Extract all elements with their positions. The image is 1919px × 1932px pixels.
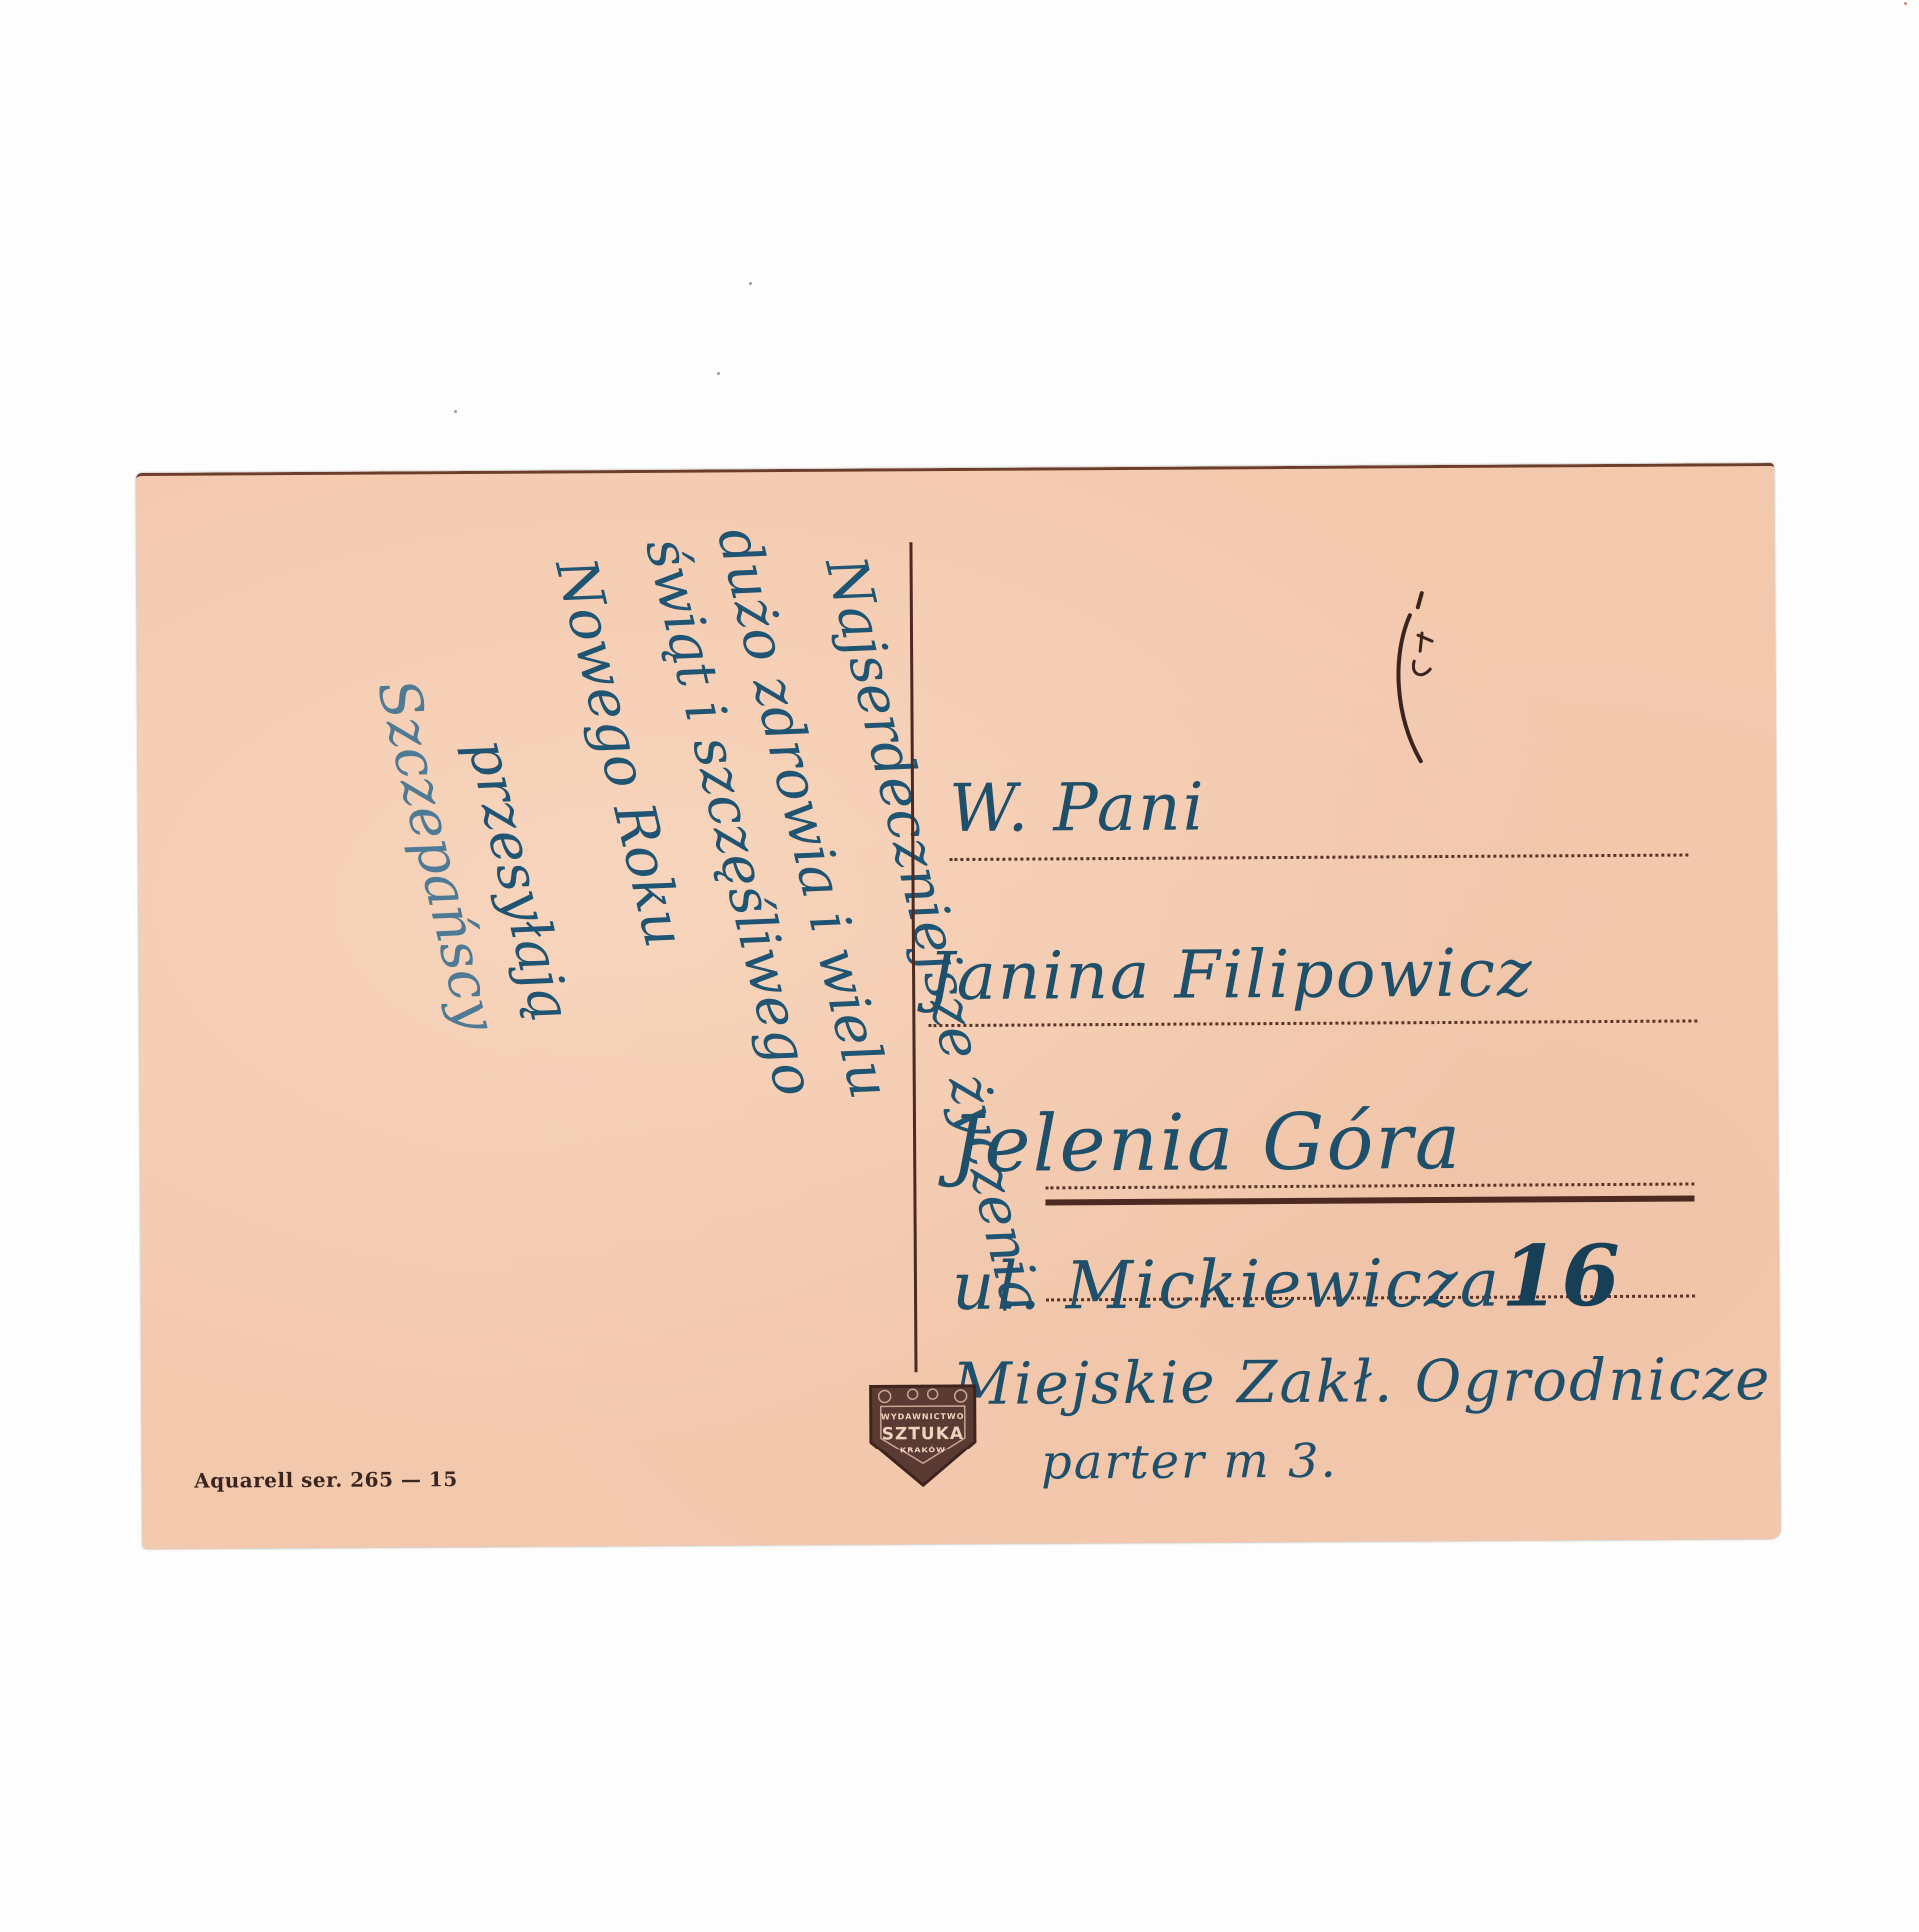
handwritten-message: Najserdeczniejsze życzenia dużo zdrowia … (177, 550, 902, 1503)
scan-speck (749, 282, 752, 285)
address-dotted-line (928, 1019, 1697, 1027)
scan-speck (717, 372, 720, 375)
house-number: 16 (1501, 1226, 1623, 1326)
city-underline (1045, 1195, 1694, 1205)
stamp-publisher-name: SZTUKA (863, 1424, 983, 1445)
postcard: Najserdeczniejsze życzenia dużo zdrowia … (136, 463, 1781, 1549)
address-salutation: W. Pani (949, 768, 1206, 847)
address-institution: Miejskie Zakł. Ogrodnicze (952, 1345, 1771, 1418)
stamp-publisher-city: KRAKÓW (863, 1446, 983, 1455)
publisher-stamp: WYDAWNICTWO SZTUKA KRAKÓW (863, 1380, 984, 1490)
series-caption: Aquarell ser. 265 — 15 (194, 1467, 458, 1493)
scan-speck (1904, 2, 1907, 5)
stamp-publisher-label: WYDAWNICTWO (863, 1412, 983, 1422)
address-apartment: parter m 3. (1041, 1434, 1338, 1491)
address-street: ul. Mickiewicza16 (952, 1226, 1623, 1329)
address-recipient-name: Janina Filipowicz (928, 934, 1534, 1015)
address-dotted-line (949, 854, 1688, 862)
pencil-mark-icon (1388, 585, 1458, 765)
scan-speck (454, 410, 457, 413)
address-city: Jelenia Góra (951, 1097, 1463, 1190)
street-name: ul. Mickiewicza (952, 1245, 1502, 1325)
